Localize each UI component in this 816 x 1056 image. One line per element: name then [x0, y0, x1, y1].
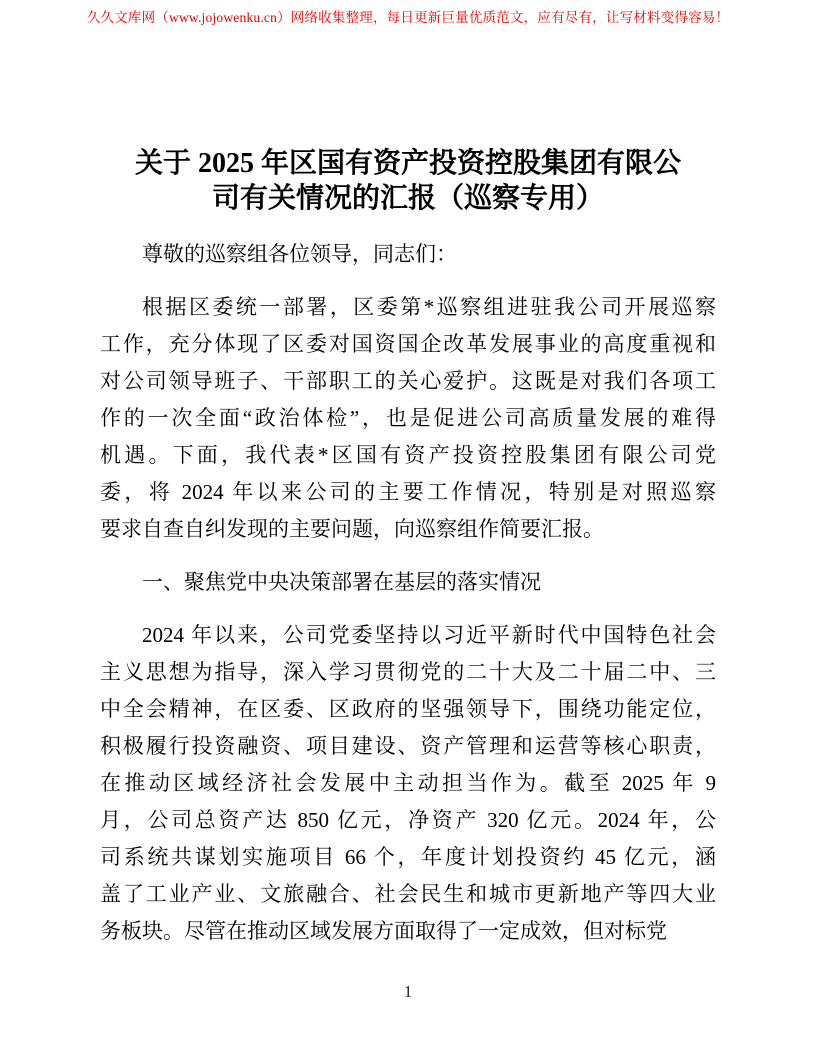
text-line: 主义思想为指导，深入学习贯彻党的二十大及二十届二中、三 — [100, 654, 716, 691]
text-line: 作的一次全面“政治体检”，也是促进公司高质量发展的难得 — [100, 400, 716, 437]
text-line: 委，将 2024 年以来公司的主要工作情况，特别是对照巡察 — [100, 474, 716, 511]
text-line: 要求自查自纠发现的主要问题，向巡察组作简要汇报。 — [100, 511, 716, 548]
document-body: 尊敬的巡察组各位领导，同志们： 根据区委统一部署，区委第*巡察组进驻我公司开展巡… — [100, 236, 716, 950]
document-title: 关于 2025 年区国有资产投资控股集团有限公 司有关情况的汇报（巡察专用） — [100, 146, 716, 216]
document-title-line-1: 关于 2025 年区国有资产投资控股集团有限公 — [100, 146, 716, 181]
paragraph-1: 根据区委统一部署，区委第*巡察组进驻我公司开展巡察 工作，充分体现了区委对国资国… — [100, 289, 716, 548]
text-line: 工作，充分体现了区委对国资国企改革发展事业的高度重视和 — [100, 326, 716, 363]
text-line: 在推动区域经济社会发展中主动担当作为。截至 2025 年 9 — [100, 765, 716, 802]
paragraph-2: 2024 年以来，公司党委坚持以习近平新时代中国特色社会 主义思想为指导，深入学… — [100, 617, 716, 950]
page-number: 1 — [0, 982, 816, 1002]
text-line: 司系统共谋划实施项目 66 个，年度计划投资约 45 亿元，涵 — [100, 839, 716, 876]
section-heading-1: 一、聚焦党中央决策部署在基层的落实情况 — [100, 564, 716, 601]
text-line: 盖了工业产业、文旅融合、社会民生和城市更新地产等四大业 — [100, 876, 716, 913]
text-line: 对公司领导班子、干部职工的关心爱护。这既是对我们各项工 — [100, 363, 716, 400]
salutation: 尊敬的巡察组各位领导，同志们： — [100, 236, 716, 273]
text-line: 2024 年以来，公司党委坚持以习近平新时代中国特色社会 — [100, 617, 716, 654]
text-line: 中全会精神，在区委、区政府的坚强领导下，围绕功能定位， — [100, 691, 716, 728]
text-line: 月，公司总资产达 850 亿元，净资产 320 亿元。2024 年，公 — [100, 802, 716, 839]
document-page: 久久文库网（www.jojowenku.cn）网络收集整理，每日更新巨量优质范文… — [0, 0, 816, 1056]
text-line: 根据区委统一部署，区委第*巡察组进驻我公司开展巡察 — [100, 289, 716, 326]
watermark-header-text: 久久文库网（www.jojowenku.cn）网络收集整理，每日更新巨量优质范文… — [0, 6, 816, 26]
text-line: 务板块。尽管在推动区域发展方面取得了一定成效，但对标党 — [100, 913, 716, 950]
text-line: 机遇。下面，我代表*区国有资产投资控股集团有限公司党 — [100, 437, 716, 474]
document-title-line-2: 司有关情况的汇报（巡察专用） — [100, 181, 716, 216]
text-line: 积极履行投资融资、项目建设、资产管理和运营等核心职责， — [100, 728, 716, 765]
